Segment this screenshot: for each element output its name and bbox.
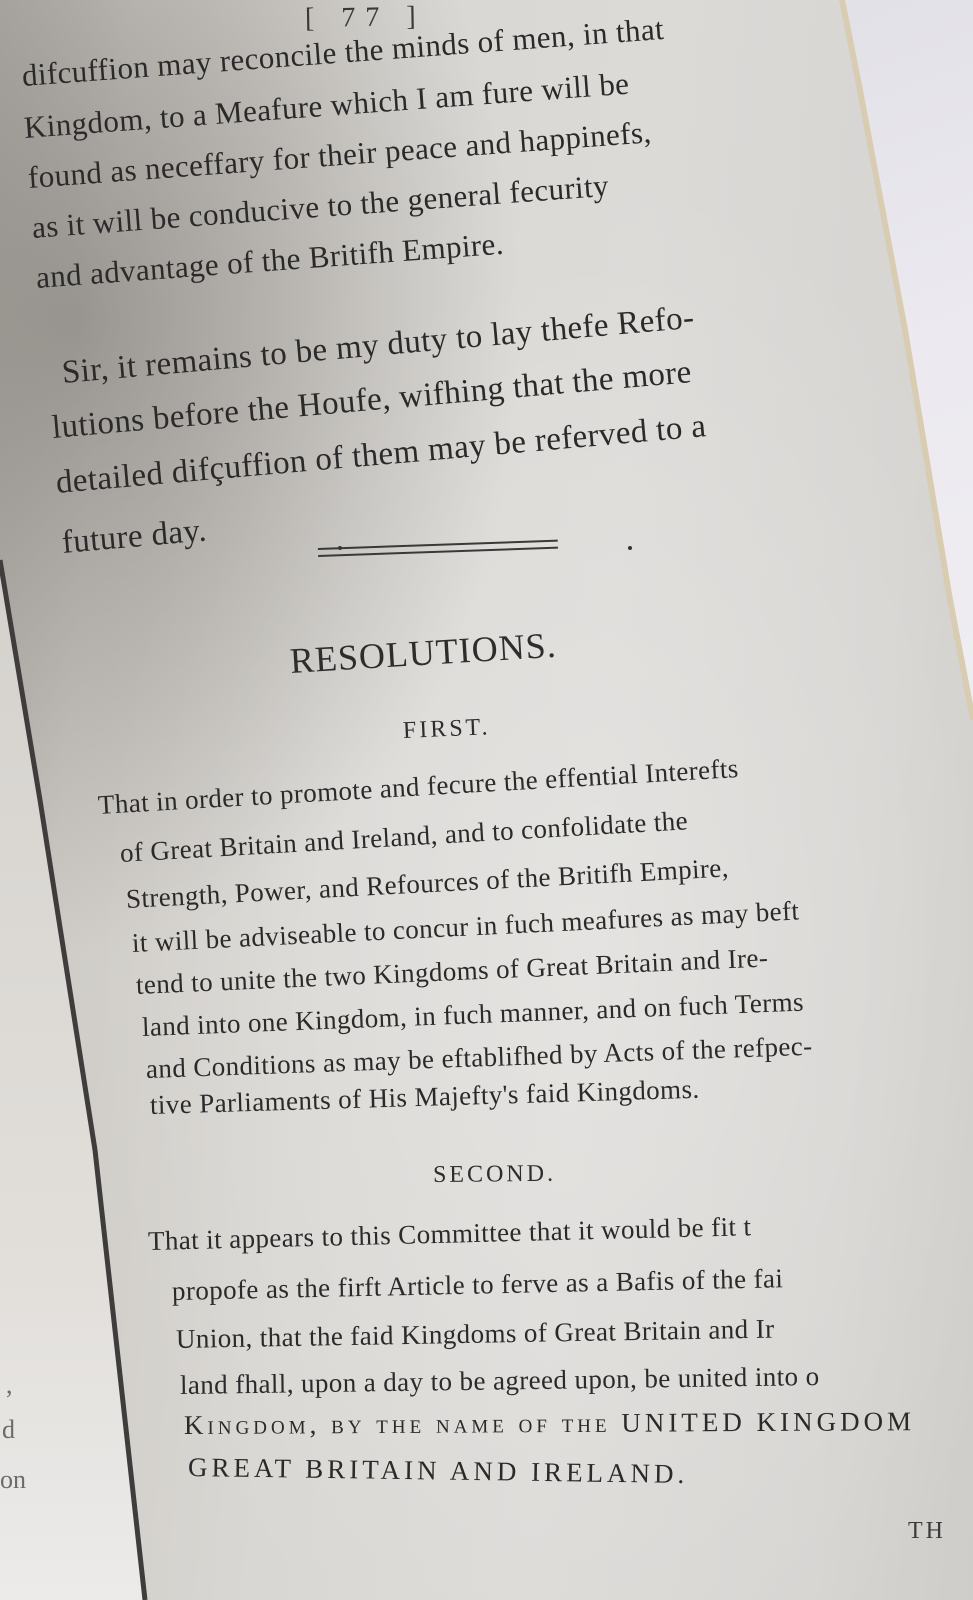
book-page: [ 77 ] difcuffion may reconcile the mind… <box>0 0 973 1600</box>
adjacent-page-fragment: d <box>2 1415 15 1445</box>
ink-dot <box>628 546 632 550</box>
text-line: Union, that the faid Kingdoms of Great B… <box>176 1314 775 1355</box>
text-line: GREAT BRITAIN AND IRELAND. <box>188 1452 689 1490</box>
adjacent-page-fragment: , <box>6 1370 13 1400</box>
catchword: TH <box>908 1518 946 1545</box>
adjacent-page-fragment: on <box>0 1465 26 1495</box>
resolution-heading: FIRST. <box>402 714 491 745</box>
section-title: RESOLUTIONS. <box>289 624 558 682</box>
text-line: propofe as the firft Article to ferve as… <box>172 1263 784 1307</box>
text-line: Kingdom, by the name of the UNITED KINGD… <box>184 1406 915 1441</box>
text-line: land fhall, upon a day to be agreed upon… <box>180 1361 820 1401</box>
double-rule-divider <box>318 540 558 557</box>
text-line: future day. <box>60 512 208 562</box>
resolution-heading: SECOND. <box>433 1161 556 1189</box>
text-line: That it appears to this Committee that i… <box>148 1211 752 1257</box>
